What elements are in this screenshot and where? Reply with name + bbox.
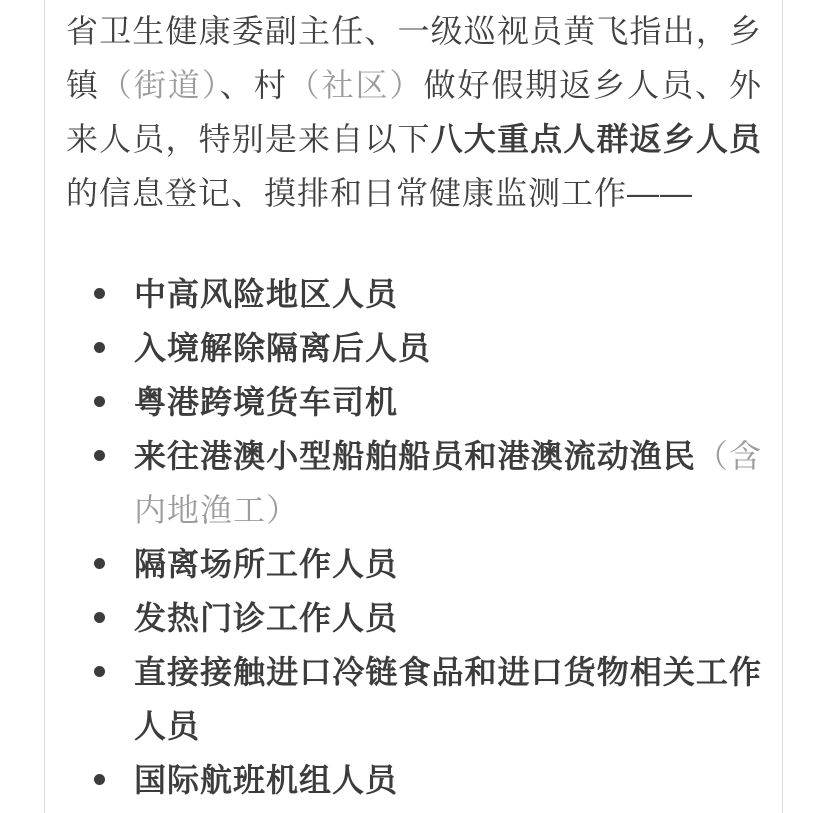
bullet-icon bbox=[94, 774, 105, 785]
text-segment-bold: 入境解除隔离后人员 bbox=[134, 330, 431, 366]
text-segment-bold: 八大重点人群返乡人员 bbox=[431, 121, 762, 157]
text-segment-normal: 、村 bbox=[220, 67, 288, 103]
list-item: 直接接触进口冷链食品和进口货物相关工作人员 bbox=[94, 645, 762, 753]
text-segment-gray: （社区） bbox=[288, 67, 424, 103]
content-frame: 省卫生健康委副主任、一级巡视员黄飞指出，乡镇（街道）、村（社区）做好假期返乡人员… bbox=[44, 0, 783, 813]
list-item: 发热门诊工作人员 bbox=[94, 591, 762, 645]
list-item: 入境解除隔离后人员 bbox=[94, 321, 762, 375]
bullet-icon bbox=[94, 612, 105, 623]
text-segment-normal: 的信息登记、摸排和日常健康监测工作—— bbox=[66, 175, 693, 211]
list-item: 国际航班机组人员 bbox=[94, 753, 762, 807]
text-segment-gray: （街道） bbox=[100, 67, 220, 103]
bullet-icon bbox=[94, 396, 105, 407]
text-segment-bold: 发热门诊工作人员 bbox=[134, 600, 398, 636]
list-item: 粤港跨境货车司机 bbox=[94, 375, 762, 429]
key-groups-list: 中高风险地区人员入境解除隔离后人员粤港跨境货车司机来往港澳小型船舶船员和港澳流动… bbox=[66, 267, 762, 807]
text-segment-bold: 国际航班机组人员 bbox=[134, 762, 398, 798]
list-item: 中高风险地区人员 bbox=[94, 267, 762, 321]
list-item: 来往港澳小型船舶船员和港澳流动渔民（含内地渔工） bbox=[94, 429, 762, 537]
bullet-icon bbox=[94, 558, 105, 569]
list-item: 隔离场所工作人员 bbox=[94, 537, 762, 591]
bullet-icon bbox=[94, 450, 105, 461]
text-segment-bold: 来往港澳小型船舶船员和港澳流动渔民 bbox=[134, 438, 696, 474]
text-segment-bold: 隔离场所工作人员 bbox=[134, 546, 398, 582]
bullet-icon bbox=[94, 288, 105, 299]
bullet-icon bbox=[94, 342, 105, 353]
bullet-icon bbox=[94, 666, 105, 677]
intro-paragraph: 省卫生健康委副主任、一级巡视员黄飞指出，乡镇（街道）、村（社区）做好假期返乡人员… bbox=[66, 4, 762, 220]
text-segment-bold: 直接接触进口冷链食品和进口货物相关工作人员 bbox=[134, 654, 762, 744]
text-segment-bold: 粤港跨境货车司机 bbox=[134, 384, 398, 420]
text-segment-bold: 中高风险地区人员 bbox=[134, 276, 398, 312]
